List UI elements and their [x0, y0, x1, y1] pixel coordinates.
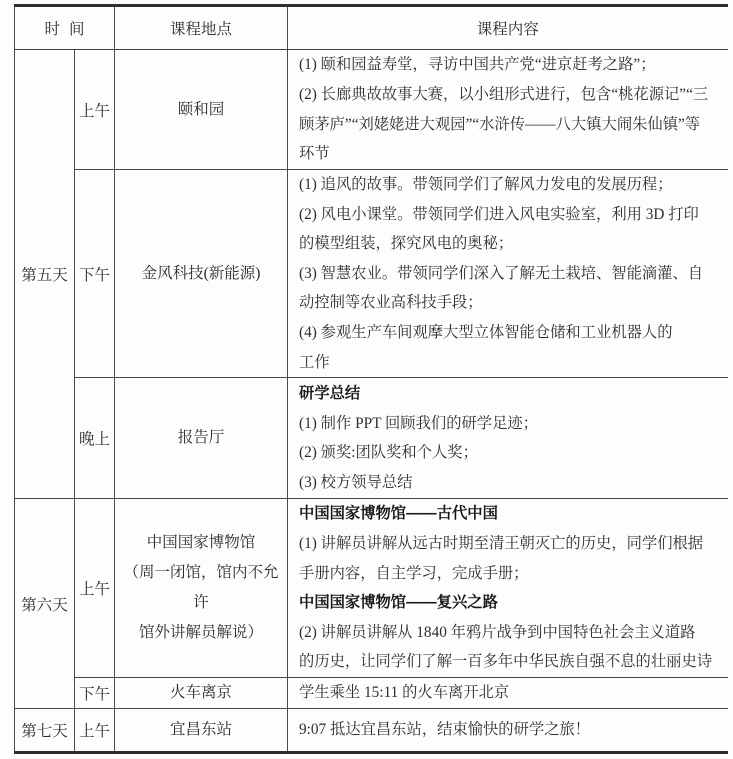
day-cell: 第五天 — [15, 50, 75, 499]
location-line: 馆外讲解员解说） — [118, 618, 284, 648]
content-line: (2) 讲解员讲解从 1840 年鸦片战争到中国特色社会主义道路 — [299, 618, 720, 648]
location-line: （周一闭馆，馆内不允许 — [118, 558, 284, 618]
content-cell: 中国国家博物馆——古代中国(1) 讲解员讲解从远古时期至清王朝灭亡的历史，同学们… — [288, 499, 728, 678]
content-heading-line: 中国国家博物馆——古代中国 — [299, 499, 720, 529]
period-cell: 上午 — [75, 50, 115, 170]
content-cell: 学生乘坐 15:11 的火车离开北京 — [288, 678, 728, 709]
table-row: 下午火车离京学生乘坐 15:11 的火车离开北京 — [15, 678, 728, 709]
content-line: 环节 — [299, 139, 720, 169]
day-cell: 第六天 — [15, 499, 75, 709]
location-cell: 颐和园 — [115, 50, 288, 170]
location-cell: 金风科技(新能源) — [115, 170, 288, 378]
period-cell: 下午 — [75, 170, 115, 378]
header-location: 课程地点 — [115, 6, 288, 50]
table-row: 第七天上午宜昌东站9:07 抵达宜昌东站，结束愉快的研学之旅！ — [15, 709, 728, 753]
period-cell: 下午 — [75, 678, 115, 709]
content-line: (1) 制作 PPT 回顾我们的研学足迹； — [299, 409, 720, 439]
location-cell: 火车离京 — [115, 678, 288, 709]
content-heading-line: 研学总结 — [299, 379, 720, 409]
content-cell: 9:07 抵达宜昌东站，结束愉快的研学之旅！ — [288, 709, 728, 753]
content-line: (1) 讲解员讲解从远古时期至清王朝灭亡的历史，同学们根据 — [299, 529, 720, 559]
content-cell: (1) 颐和园益寿堂，寻访中国共产党“进京赶考之路”；(2) 长廊典故故事大赛，… — [288, 50, 728, 170]
location-line: 火车离京 — [118, 678, 284, 708]
day-cell: 第七天 — [15, 709, 75, 753]
table-row: 第五天上午颐和园(1) 颐和园益寿堂，寻访中国共产党“进京赶考之路”；(2) 长… — [15, 50, 728, 170]
content-line: 手册内容，自主学习，完成手册； — [299, 559, 720, 589]
table-body: 第五天上午颐和园(1) 颐和园益寿堂，寻访中国共产党“进京赶考之路”；(2) 长… — [15, 50, 728, 753]
location-cell: 中国国家博物馆（周一闭馆，馆内不允许馆外讲解员解说） — [115, 499, 288, 678]
location-line: 中国国家博物馆 — [118, 528, 284, 558]
content-line: 动控制等农业高科技手段； — [299, 288, 720, 318]
header-time: 时间 — [15, 6, 115, 50]
period-cell: 晚上 — [75, 378, 115, 499]
content-line: 的历史，让同学们了解一百多年中华民族自强不息的壮丽史诗 — [299, 647, 720, 677]
content-line: (1) 颐和园益寿堂，寻访中国共产党“进京赶考之路”； — [299, 50, 720, 80]
content-line: (2) 长廊典故故事大赛，以小组形式进行，包含“桃花源记”“三 — [299, 80, 720, 110]
header-row: 时间 课程地点 课程内容 — [15, 6, 728, 50]
content-line: (3) 校方领导总结 — [299, 468, 720, 498]
content-cell: 研学总结(1) 制作 PPT 回顾我们的研学足迹；(2) 颁奖:团队奖和个人奖；… — [288, 378, 728, 499]
content-line: (2) 风电小课堂。带领同学们进入风电实验室，利用 3D 打印 — [299, 200, 720, 230]
content-line: (1) 追风的故事。带领同学们了解风力发电的发展历程； — [299, 170, 720, 200]
content-line: 学生乘坐 15:11 的火车离开北京 — [299, 678, 720, 708]
period-cell: 上午 — [75, 709, 115, 753]
content-line: (2) 颁奖:团队奖和个人奖； — [299, 438, 720, 468]
period-cell: 上午 — [75, 499, 115, 678]
content-heading-line: 中国国家博物馆——复兴之路 — [299, 588, 720, 618]
header-time-label: 时间 — [45, 21, 94, 38]
location-line: 报告厅 — [118, 423, 284, 453]
content-line: 9:07 抵达宜昌东站，结束愉快的研学之旅！ — [299, 715, 720, 745]
location-cell: 报告厅 — [115, 378, 288, 499]
location-line: 金风科技(新能源) — [118, 259, 284, 289]
table-row: 下午金风科技(新能源)(1) 追风的故事。带领同学们了解风力发电的发展历程；(2… — [15, 170, 728, 378]
schedule-table: 时间 课程地点 课程内容 第五天上午颐和园(1) 颐和园益寿堂，寻访中国共产党“… — [14, 4, 728, 754]
location-cell: 宜昌东站 — [115, 709, 288, 753]
document-page: 时间 课程地点 课程内容 第五天上午颐和园(1) 颐和园益寿堂，寻访中国共产党“… — [0, 0, 733, 759]
content-line: (4) 参观生产车间观摩大型立体智能仓储和工业机器人的 — [299, 318, 720, 348]
table-row: 第六天上午中国国家博物馆（周一闭馆，馆内不允许馆外讲解员解说）中国国家博物馆——… — [15, 499, 728, 678]
location-line: 宜昌东站 — [118, 715, 284, 745]
location-line: 颐和园 — [118, 95, 284, 125]
content-cell: (1) 追风的故事。带领同学们了解风力发电的发展历程；(2) 风电小课堂。带领同… — [288, 170, 728, 378]
table-row: 晚上报告厅研学总结(1) 制作 PPT 回顾我们的研学足迹；(2) 颁奖:团队奖… — [15, 378, 728, 499]
table-header: 时间 课程地点 课程内容 — [15, 6, 728, 50]
content-line: (3) 智慧农业。带领同学们深入了解无土栽培、智能滴灌、自 — [299, 259, 720, 289]
content-line: 的模型组装，探究风电的奥秘； — [299, 229, 720, 259]
content-line: 顾茅庐”“刘姥姥进大观园”“水浒传——八大镇大闹朱仙镇”等 — [299, 110, 720, 140]
content-line: 工作 — [299, 348, 720, 378]
header-content: 课程内容 — [288, 6, 728, 50]
